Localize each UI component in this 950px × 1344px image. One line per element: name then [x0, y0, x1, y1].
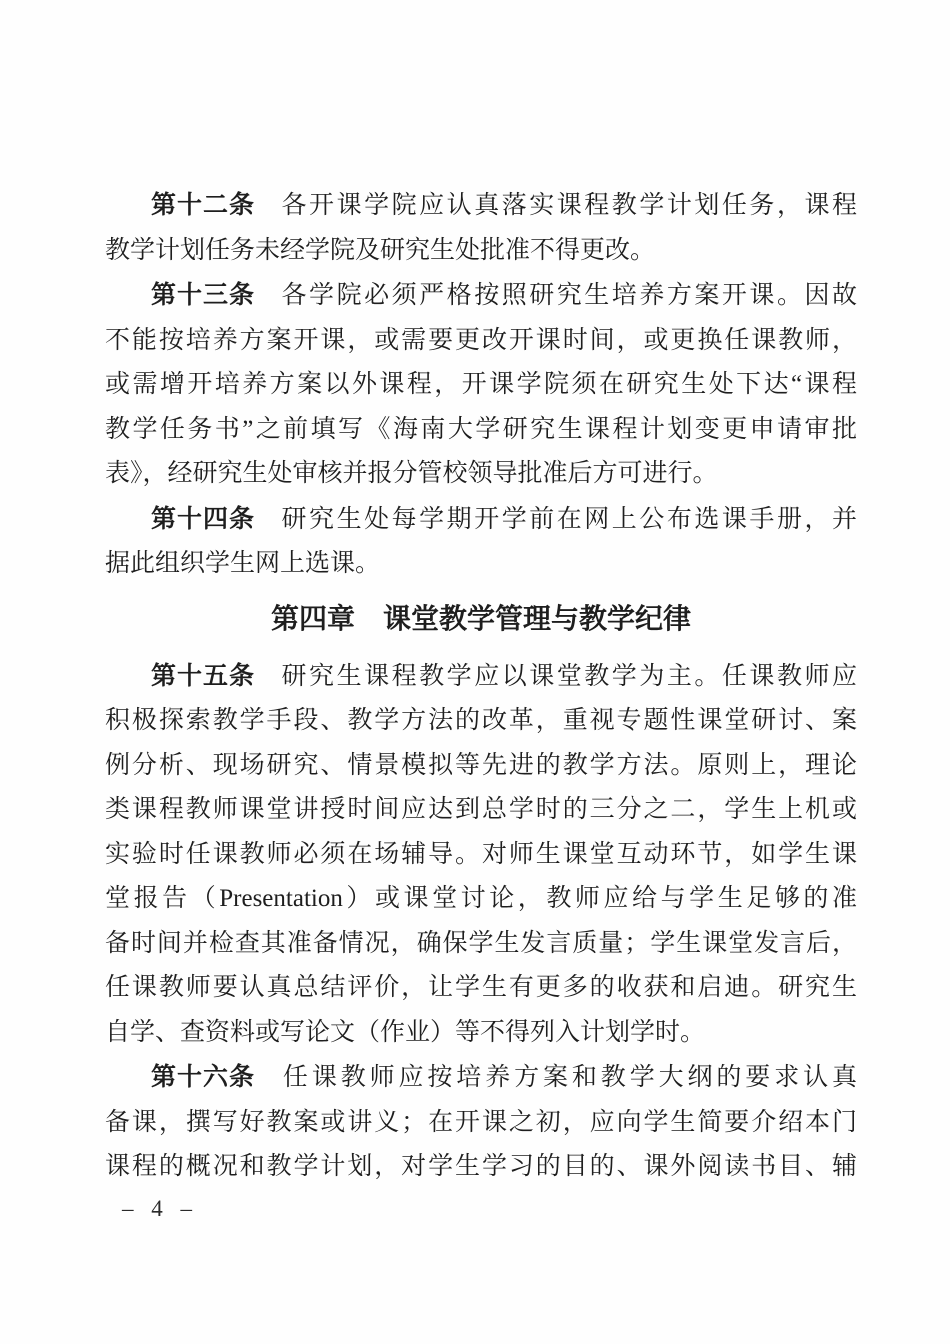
- article-number: 第十五条: [151, 654, 255, 699]
- text-line: 类课程教师课堂讲授时间应达到总学时的三分之二，学生上机或: [105, 788, 857, 833]
- text-line: 实验时任课教师必须在场辅导。对师生课堂互动环节，如学生课: [105, 833, 857, 878]
- line-text: 类课程教师课堂讲授时间应达到总学时的三分之二，学生上机或: [105, 796, 857, 823]
- line-text: 不能按培养方案开课，或需要更改开课时间，或更换任课教师，: [105, 327, 857, 354]
- text-line: 第十六条任课教师应按培养方案和教学大纲的要求认真: [105, 1055, 857, 1101]
- line-text: 实验时任课教师必须在场辅导。对师生课堂互动环节，如学生课: [105, 841, 857, 868]
- text-line: 课程的概况和教学计划，对学生学习的目的、课外阅读书目、辅: [105, 1145, 857, 1190]
- line-text: 据此组织学生网上选课。: [105, 550, 380, 577]
- line-text: 任课教师应按培养方案和教学大纲的要求认真: [279, 1064, 857, 1091]
- chapter-heading: 第四章 课堂教学管理与教学纪律: [105, 596, 857, 641]
- line-text: 研究生处每学期开学前在网上公布选课手册，并: [279, 506, 857, 533]
- text-line: 第十三条各学院必须严格按照研究生培养方案开课。因故: [105, 273, 857, 319]
- line-text: 或需增开培养方案以外课程，开课学院须在研究生处下达“课程: [105, 371, 857, 398]
- line-text: 各开课学院应认真落实课程教学计划任务，课程: [279, 192, 857, 219]
- page-number: – 4 –: [122, 1196, 198, 1222]
- text-line: 教学计划任务未经学院及研究生处批准不得更改。: [105, 229, 857, 274]
- document-page: 第十二条各开课学院应认真落实课程教学计划任务，课程教学计划任务未经学院及研究生处…: [0, 0, 950, 1344]
- line-text: 研究生课程教学应以课堂教学为主。任课教师应: [279, 663, 857, 690]
- text-line: 表》，经研究生处审核并报分管校领导批准后方可进行。: [105, 452, 857, 497]
- line-text: 各学院必须严格按照研究生培养方案开课。因故: [279, 282, 857, 309]
- article-number: 第十六条: [151, 1055, 255, 1100]
- line-text: 自学、查资料或写论文（作业）等不得列入计划学时。: [105, 1019, 705, 1046]
- article-number: 第十二条: [151, 183, 255, 228]
- text-line: 备时间并检查其准备情况，确保学生发言质量；学生课堂发言后，: [105, 922, 857, 967]
- line-text: 课程的概况和教学计划，对学生学习的目的、课外阅读书目、辅: [105, 1153, 857, 1180]
- text-line: 不能按培养方案开课，或需要更改开课时间，或更换任课教师，: [105, 319, 857, 364]
- article-number: 第十四条: [151, 497, 255, 542]
- text-line: 备课，撰写好教案或讲义；在开课之初，应向学生简要介绍本门: [105, 1101, 857, 1146]
- line-text: 教学任务书”之前填写《海南大学研究生课程计划变更申请审批: [105, 416, 857, 443]
- document-body: 第十二条各开课学院应认真落实课程教学计划任务，课程教学计划任务未经学院及研究生处…: [105, 183, 857, 1190]
- text-line: 积极探索教学手段、教学方法的改革，重视专题性课堂研讨、案: [105, 699, 857, 744]
- text-line: 第十五条研究生课程教学应以课堂教学为主。任课教师应: [105, 654, 857, 700]
- text-line: 教学任务书”之前填写《海南大学研究生课程计划变更申请审批: [105, 408, 857, 453]
- line-text: 例分析、现场研究、情景模拟等先进的教学方法。原则上，理论: [105, 752, 857, 779]
- line-text: 表》，经研究生处审核并报分管校领导批准后方可进行。: [105, 460, 718, 487]
- text-line: 堂报告（Presentation）或课堂讨论，教师应给与学生足够的准: [105, 877, 857, 922]
- line-text: 积极探索教学手段、教学方法的改革，重视专题性课堂研讨、案: [105, 707, 857, 734]
- text-line: 第十二条各开课学院应认真落实课程教学计划任务，课程: [105, 183, 857, 229]
- text-line: 例分析、现场研究、情景模拟等先进的教学方法。原则上，理论: [105, 744, 857, 789]
- line-text: 堂报告（Presentation）或课堂讨论，教师应给与学生足够的准: [105, 885, 857, 912]
- text-line: 第十四条研究生处每学期开学前在网上公布选课手册，并: [105, 497, 857, 543]
- line-text: 教学计划任务未经学院及研究生处批准不得更改。: [105, 237, 655, 264]
- article-number: 第十三条: [151, 273, 255, 318]
- text-line: 或需增开培养方案以外课程，开课学院须在研究生处下达“课程: [105, 363, 857, 408]
- line-text: 任课教师要认真总结评价，让学生有更多的收获和启迪。研究生: [105, 974, 857, 1001]
- line-text: 备时间并检查其准备情况，确保学生发言质量；学生课堂发言后，: [105, 930, 857, 957]
- text-line: 任课教师要认真总结评价，让学生有更多的收获和启迪。研究生: [105, 966, 857, 1011]
- text-line: 据此组织学生网上选课。: [105, 542, 857, 587]
- line-text: 备课，撰写好教案或讲义；在开课之初，应向学生简要介绍本门: [105, 1109, 857, 1136]
- text-line: 自学、查资料或写论文（作业）等不得列入计划学时。: [105, 1011, 857, 1056]
